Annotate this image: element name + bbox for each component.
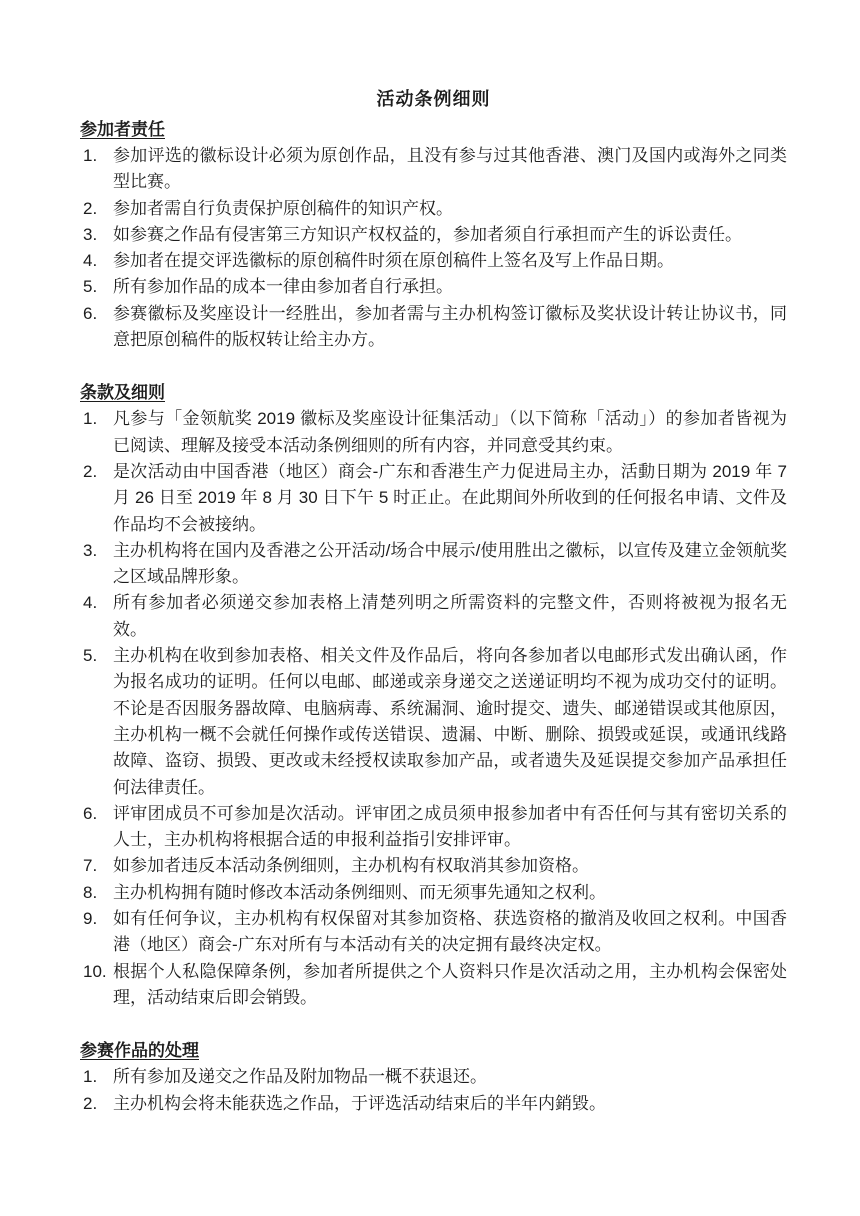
list-item: 2. 参加者需自行负责保护原创稿件的知识产权。 — [80, 196, 787, 222]
item-number: 1. — [83, 406, 97, 432]
item-text: 参赛徽标及奖座设计一经胜出，参加者需与主办机构签订徽标及奖状设计转让协议书，同意… — [113, 304, 787, 349]
section-heading-terms-and-conditions: 条款及细则 — [80, 380, 787, 406]
item-text: 主办机构会将未能获选之作品，于评选活动结束后的半年内銷毀。 — [113, 1094, 606, 1113]
item-text: 主办机构拥有随时修改本活动条例细则、而无须事先通知之权利。 — [113, 883, 606, 902]
item-number: 4. — [83, 248, 97, 274]
list-item: 2. 主办机构会将未能获选之作品，于评选活动结束后的半年内銷毀。 — [80, 1091, 787, 1117]
item-text: 评审团成员不可参加是次活动。评审团之成员须申报参加者中有否任何与其有密切关系的人… — [113, 804, 787, 849]
item-text: 如参赛之作品有侵害第三方知识产权权益的，参加者须自行承担而产生的诉讼责任。 — [113, 225, 742, 244]
item-text: 参加者需自行负责保护原创稿件的知识产权。 — [113, 199, 453, 218]
item-text: 主办机构将在国内及香港之公开活动/场合中展示/使用胜出之徽标，以宣传及建立金领航… — [113, 541, 787, 586]
list-item: 1. 参加评选的徽标设计必须为原创作品，且没有参与过其他香港、澳门及国内或海外之… — [80, 143, 787, 196]
section-heading-entry-handling: 参赛作品的处理 — [80, 1038, 787, 1064]
list-item: 4. 所有参加者必须递交参加表格上清楚列明之所需资料的完整文件，否则将被视为报名… — [80, 590, 787, 643]
item-text: 根据个人私隐保障条例，参加者所提供之个人资料只作是次活动之用，主办机构会保密处理… — [113, 962, 787, 1007]
document-title: 活动条例细则 — [80, 86, 787, 113]
item-number: 1. — [83, 143, 97, 169]
list-item: 8. 主办机构拥有随时修改本活动条例细则、而无须事先通知之权利。 — [80, 880, 787, 906]
item-number: 4. — [83, 590, 97, 616]
item-text: 所有参加及递交之作品及附加物品一概不获退还。 — [113, 1067, 487, 1086]
item-text: 如参加者违反本活动条例细则，主办机构有权取消其参加资格。 — [113, 856, 589, 875]
list-item: 1. 凡参与「金领航奖 2019 徽标及奖座设计征集活动」（以下简称「活动」）的… — [80, 406, 787, 459]
item-number: 10. — [83, 959, 107, 985]
item-number: 1. — [83, 1064, 97, 1090]
section-entry-handling: 参赛作品的处理 1. 所有参加及递交之作品及附加物品一概不获退还。 2. 主办机… — [80, 1038, 787, 1117]
list-item: 3. 主办机构将在国内及香港之公开活动/场合中展示/使用胜出之徽标，以宣传及建立… — [80, 538, 787, 591]
item-text: 是次活动由中国香港（地区）商会-广东和香港生产力促进局主办，活動日期为 2019… — [113, 462, 787, 534]
numbered-list: 1. 参加评选的徽标设计必须为原创作品，且没有参与过其他香港、澳门及国内或海外之… — [80, 143, 787, 353]
item-text: 参加评选的徽标设计必须为原创作品，且没有参与过其他香港、澳门及国内或海外之同类型… — [113, 146, 787, 191]
item-number: 9. — [83, 906, 97, 932]
section-heading-participant-responsibilities: 参加者责任 — [80, 117, 787, 143]
item-number: 5. — [83, 643, 97, 669]
list-item: 6. 评审团成员不可参加是次活动。评审团之成员须申报参加者中有否任何与其有密切关… — [80, 801, 787, 854]
item-text: 所有参加作品的成本一律由参加者自行承担。 — [113, 277, 453, 296]
numbered-list: 1. 所有参加及递交之作品及附加物品一概不获退还。 2. 主办机构会将未能获选之… — [80, 1064, 787, 1117]
item-number: 3. — [83, 538, 97, 564]
item-text: 所有参加者必须递交参加表格上清楚列明之所需资料的完整文件，否则将被视为报名无效。 — [113, 593, 787, 638]
item-number: 6. — [83, 301, 97, 327]
list-item: 10. 根据个人私隐保障条例，参加者所提供之个人资料只作是次活动之用，主办机构会… — [80, 959, 787, 1012]
section-terms-and-conditions: 条款及细则 1. 凡参与「金领航奖 2019 徽标及奖座设计征集活动」（以下简称… — [80, 380, 787, 1011]
list-item: 2. 是次活动由中国香港（地区）商会-广东和香港生产力促进局主办，活動日期为 2… — [80, 459, 787, 538]
item-number: 6. — [83, 801, 97, 827]
item-number: 2. — [83, 196, 97, 222]
list-item: 4. 参加者在提交评选徽标的原创稿件时须在原创稿件上签名及写上作品日期。 — [80, 248, 787, 274]
item-number: 7. — [83, 853, 97, 879]
list-item: 3. 如参赛之作品有侵害第三方知识产权权益的，参加者须自行承担而产生的诉讼责任。 — [80, 222, 787, 248]
item-text: 凡参与「金领航奖 2019 徽标及奖座设计征集活动」（以下简称「活动」）的参加者… — [113, 409, 787, 454]
document-page: 活动条例细则 参加者责任 1. 参加评选的徽标设计必须为原创作品，且没有参与过其… — [0, 0, 860, 1216]
numbered-list: 1. 凡参与「金领航奖 2019 徽标及奖座设计征集活动」（以下简称「活动」）的… — [80, 406, 787, 1011]
list-item: 6. 参赛徽标及奖座设计一经胜出，参加者需与主办机构签订徽标及奖状设计转让协议书… — [80, 301, 787, 354]
list-item: 5. 主办机构在收到参加表格、相关文件及作品后，将向各参加者以电邮形式发出确认函… — [80, 643, 787, 801]
item-number: 8. — [83, 880, 97, 906]
list-item: 7. 如参加者违反本活动条例细则，主办机构有权取消其参加资格。 — [80, 853, 787, 879]
list-item: 1. 所有参加及递交之作品及附加物品一概不获退还。 — [80, 1064, 787, 1090]
item-number: 2. — [83, 1091, 97, 1117]
item-text: 如有任何争议，主办机构有权保留对其参加资格、获选资格的撤消及收回之权利。中国香港… — [113, 909, 787, 954]
list-item: 5. 所有参加作品的成本一律由参加者自行承担。 — [80, 274, 787, 300]
item-number: 5. — [83, 274, 97, 300]
item-number: 3. — [83, 222, 97, 248]
item-text: 主办机构在收到参加表格、相关文件及作品后，将向各参加者以电邮形式发出确认函，作为… — [113, 646, 787, 796]
list-item: 9. 如有任何争议，主办机构有权保留对其参加资格、获选资格的撤消及收回之权利。中… — [80, 906, 787, 959]
section-participant-responsibilities: 参加者责任 1. 参加评选的徽标设计必须为原创作品，且没有参与过其他香港、澳门及… — [80, 117, 787, 353]
item-text: 参加者在提交评选徽标的原创稿件时须在原创稿件上签名及写上作品日期。 — [113, 251, 674, 270]
item-number: 2. — [83, 459, 97, 485]
